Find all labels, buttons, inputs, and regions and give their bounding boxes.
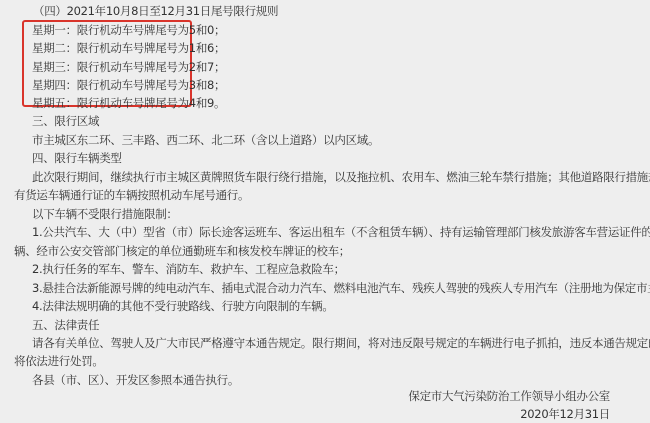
rule-tuesday: 星期二：限行机动车号牌尾号为1和6； bbox=[32, 41, 225, 55]
exempt-item-1-line2: 辆、经市公安交管部门核定的单位通勤班车和核发校车牌证的校车； bbox=[14, 244, 350, 258]
exempt-item-3: 3.悬挂合法新能源号牌的纯电动汽车、插电式混合动力汽车、燃料电池汽车、残疾人驾驶… bbox=[32, 281, 650, 295]
signature-organization: 保定市大气污染防治工作领导小组办公室 bbox=[408, 389, 610, 403]
exempt-item-4: 4.法律法规明确的其他不受行驶路线、行驶方向限制的车辆。 bbox=[32, 299, 334, 313]
rule-thursday: 星期四：限行机动车号牌尾号为3和8； bbox=[32, 78, 225, 92]
liability-line2: 将依法进行处罚。 bbox=[14, 354, 104, 368]
section-heading-schedule: （四）2021年10月8日至12月31日尾号限行规则 bbox=[33, 4, 278, 18]
vehicle-text-line1: 此次限行期间，继续执行市主城区黄牌照货车限行绕行措施，以及拖拉机、农用车、燃油三… bbox=[32, 170, 650, 184]
liability-line1: 请各有关单位、驾驶人及广大市民严格遵守本通告规定。限行期间，将对违反限号规定的车… bbox=[32, 336, 650, 350]
exempt-item-1-line1: 1.公共汽车、大（中）型省（市）际长途客运班车、客运出租车（不含租赁车辆）、持有… bbox=[32, 225, 650, 239]
closing-text: 各县（市、区）、开发区参照本通告执行。 bbox=[32, 373, 239, 387]
exempt-intro: 以下车辆不受限行措施限制： bbox=[32, 207, 178, 221]
area-text: 市主城区东二环、三丰路、西二环、北二环（含以上道路）以内区域。 bbox=[32, 133, 379, 147]
exempt-item-2: 2.执行任务的军车、警车、消防车、救护车、工程应急救险车； bbox=[32, 262, 345, 276]
rule-monday: 星期一：限行机动车号牌尾号为5和0； bbox=[32, 23, 225, 37]
section-heading-liability: 五、法律责任 bbox=[32, 318, 99, 332]
rule-wednesday: 星期三：限行机动车号牌尾号为2和7； bbox=[32, 60, 225, 74]
vehicle-text-line2: 有货运车辆通行证的车辆按照机动车尾号通行。 bbox=[14, 188, 249, 202]
rule-friday: 星期五：限行机动车号牌尾号为4和9。 bbox=[32, 96, 225, 110]
signature-date: 2020年12月31日 bbox=[520, 407, 610, 421]
section-heading-vehicles: 四、限行车辆类型 bbox=[32, 151, 122, 165]
section-heading-area: 三、限行区域 bbox=[32, 114, 99, 128]
